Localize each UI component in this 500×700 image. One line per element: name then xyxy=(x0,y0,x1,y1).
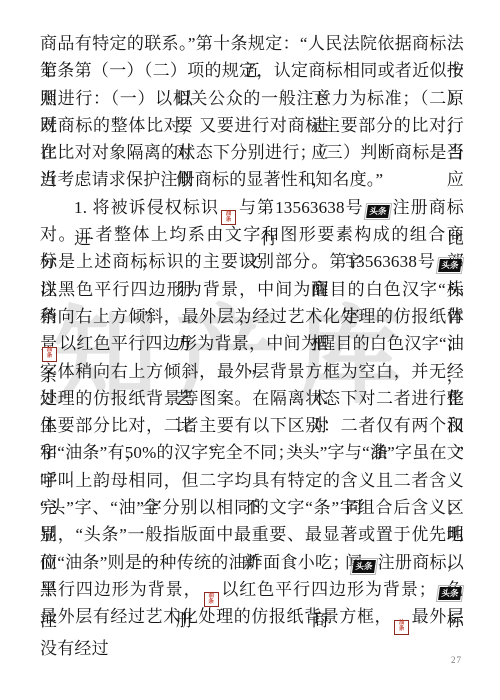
text-segment: 分是上述商标标识的主要识别部分。第13563638号 xyxy=(40,252,436,271)
text-line: 七条第（一）（二）项的规定，认定商标相同或者近似按照以下原 xyxy=(40,57,464,84)
text-line: 稍向右上方倾斜，最外层为经过艺术化处理的仿报纸背景方框； xyxy=(40,303,464,330)
youtiao-red-seal-trademark-icon: 油条 xyxy=(394,620,409,635)
text-line: 以黑色平行四边形为背景，中间为醒目的白色汉字“头条”，字体 xyxy=(40,276,464,303)
text-segment: 与第13563638号 xyxy=(238,198,364,217)
document-lines: 商品有特定的联系。”第十条规定：“人民法院依据商标法第五十七条第（一）（二）项的… xyxy=(40,30,464,631)
text-line: 而“油条”则是一种传统的油炸面食小吃；头条注册商标以黑色 xyxy=(40,549,464,576)
text-line: 平行四边形为背景，油条以红色平行四边形为背景；头条注册商标 xyxy=(40,576,464,603)
text-segment: 以红色平行四边形为背景； xyxy=(221,580,436,599)
text-segment: 平行四边形为背景， xyxy=(40,580,202,599)
text-line: 在比对对象隔离的状态下分别进行；（三）判断商标是否近似，应 xyxy=(40,139,464,166)
text-line: 对商标的整体比对，又要进行对商标主要部分的比对，比对应当 xyxy=(40,112,464,139)
text-line: 显，“头条”一般指版面中最重要、最显著或置于优先地位的新闻， xyxy=(40,521,464,548)
toutiao-black-parallelogram-trademark-icon: 头条 xyxy=(352,560,376,573)
text-line: 1. 将被诉侵权标识油条与第13563638号头条注册商标进行比 xyxy=(40,194,464,221)
text-line: 和“油条”有50%的汉字完全不同；“头”字与“油”字虽在文字 xyxy=(40,439,464,466)
text-segment: 1. 将被诉侵权标识 xyxy=(74,198,219,217)
toutiao-black-parallelogram-trademark-icon: 头条 xyxy=(366,205,390,218)
text-line: 处理的仿报纸背景等图案。在隔离状态下对二者进行整体比对和 xyxy=(40,385,464,412)
toutiao-black-parallelogram-trademark-icon: 头条 xyxy=(438,259,462,272)
text-segment: 而“油条”则是一种传统的油炸面食小吃； xyxy=(40,553,350,572)
text-line: 呼叫上韵母相同，但二字均具有特定的含义且二者含义完全不同； xyxy=(40,467,464,494)
text-line: 商品有特定的联系。”第十条规定：“人民法院依据商标法第五十 xyxy=(40,30,464,57)
text-line: 最外层有经过艺术化处理的仿报纸背景方框，油条最外层没有经过 xyxy=(40,603,464,630)
text-line: 油条以红色平行四边形为背景，中间为醒目的白色汉字“油条”， xyxy=(40,330,464,357)
text-segment: 当考虑请求保护注册商标的显著性和知名度。” xyxy=(40,170,383,189)
toutiao-black-parallelogram-trademark-icon: 头条 xyxy=(438,587,462,600)
text-line: 分是上述商标标识的主要识别部分。第13563638号头条注册商标 xyxy=(40,248,464,275)
text-line: 主要部分比对，二者主要有以下区别：二者仅有两个汉字，“头条” xyxy=(40,412,464,439)
text-segment: 最外层有经过艺术化处理的仿报纸背景方框， xyxy=(40,607,392,626)
page-number: 27 xyxy=(451,655,462,665)
text-line: “头”字、“油”字分别以相同的文字“条”字组合后含义区别明 xyxy=(40,494,464,521)
document-page: 知产库 商品有特定的联系。”第十条规定：“人民法院依据商标法第五十七条第（一）（… xyxy=(0,0,500,700)
text-line: 则进行：（一）以相关公众的一般注意力为标准；（二）既要进行 xyxy=(40,85,464,112)
text-line: 对。二者整体上均系由文字和图形要素构成的组合商标，文字部 xyxy=(40,221,464,248)
text-line: 字体稍向右上方倾斜，最外层背景方框为空白，并无经过艺术化 xyxy=(40,358,464,385)
